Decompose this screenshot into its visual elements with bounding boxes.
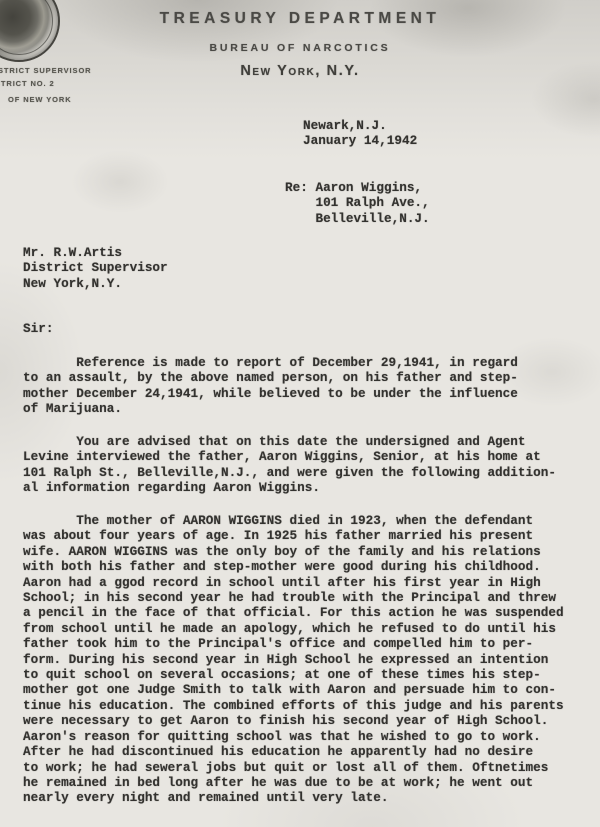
letter-page: ISTRICT SUPERVISOR STRICT No. 2 OF NEW Y… [0, 0, 600, 827]
recipient-address: Mr. R.W.Artis District Supervisor New Yo… [23, 245, 168, 291]
bureau-subtitle: BUREAU OF NARCOTICS [0, 42, 600, 54]
dateline: Newark,N.J. January 14,1942 [303, 118, 417, 149]
paragraph-3: The mother of AARON WIGGINS died in 1923… [23, 513, 564, 806]
letterhead-city: New York, N.Y. [0, 63, 600, 79]
re-subject-block: Re: Aaron Wiggins, 101 Ralph Ave., Belle… [285, 180, 430, 226]
district-line: OF NEW YORK [8, 93, 92, 106]
salutation: Sir: [23, 321, 53, 336]
paragraph-2: You are advised that on this date the un… [23, 434, 556, 496]
department-title: TREASURY DEPARTMENT [0, 10, 600, 28]
paragraph-1: Reference is made to report of December … [23, 355, 518, 417]
